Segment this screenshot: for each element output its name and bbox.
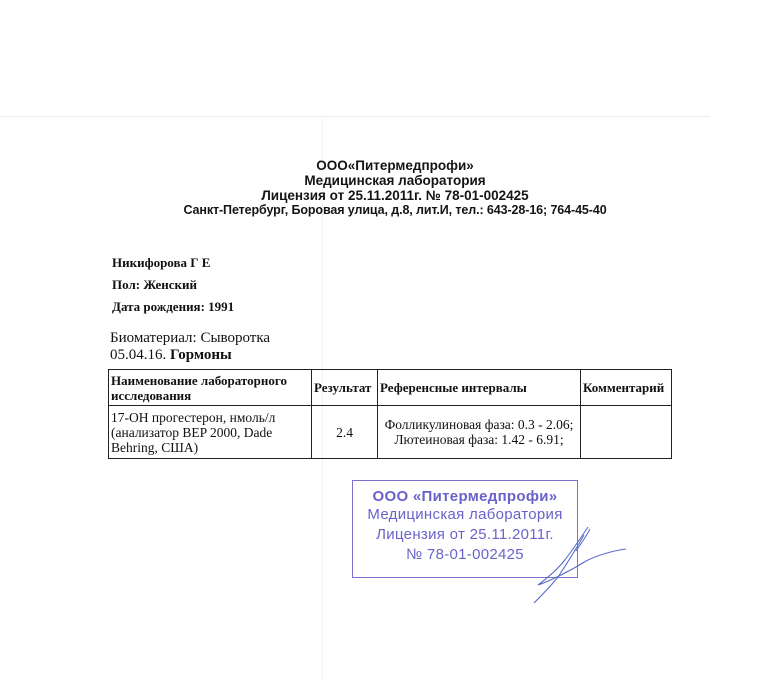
table-header-row: Наименование лабораторного исследования … (109, 370, 672, 406)
license-info: Лицензия от 25.11.2011г. № 78-01-002425 (160, 188, 630, 203)
lab-header: ООО«Питермедпрофи» Медицинская лаборатор… (160, 158, 630, 218)
patient-birth: Дата рождения: 1991 (112, 296, 234, 318)
stamp-lab: Медицинская лаборатория (353, 505, 577, 525)
cell-test: 17-ОН прогестерон, нмоль/л (анализатор B… (109, 406, 312, 459)
patient-sex: Пол: Женский (112, 274, 234, 296)
cell-result: 2.4 (312, 406, 378, 459)
lab-report-page: ООО«Питермедпрофи» Медицинская лаборатор… (0, 0, 770, 680)
stamp-org: ООО «Питермедпрофи» (353, 488, 577, 505)
sample-info: Биоматериал: Сыворотка 05.04.16. Гормоны (110, 330, 270, 364)
lab-name: Медицинская лаборатория (160, 173, 630, 188)
cell-comment (581, 406, 672, 459)
section-heading: 05.04.16. Гормоны (110, 347, 270, 364)
table-row: 17-ОН прогестерон, нмоль/л (анализатор B… (109, 406, 672, 459)
cell-reference: Фолликулиновая фаза: 0.3 - 2.06; Лютеино… (378, 406, 581, 459)
patient-name: Никифорова Г Е (112, 252, 234, 274)
patient-info: Никифорова Г Е Пол: Женский Дата рождени… (112, 252, 234, 318)
section-title: Гормоны (170, 347, 232, 363)
section-date: 05.04.16. (110, 347, 166, 363)
col-header-test: Наименование лабораторного исследования (109, 370, 312, 406)
signature-icon (520, 525, 630, 605)
results-table: Наименование лабораторного исследования … (108, 369, 672, 459)
org-name: ООО«Питермедпрофи» (160, 158, 630, 173)
col-header-result: Результат (312, 370, 378, 406)
biomaterial: Биоматериал: Сыворотка (110, 330, 270, 347)
col-header-reference: Референсные интервалы (378, 370, 581, 406)
col-header-comment: Комментарий (581, 370, 672, 406)
lab-address: Санкт-Петербург, Боровая улица, д.8, лит… (160, 203, 630, 218)
scan-fold-line (0, 116, 710, 117)
